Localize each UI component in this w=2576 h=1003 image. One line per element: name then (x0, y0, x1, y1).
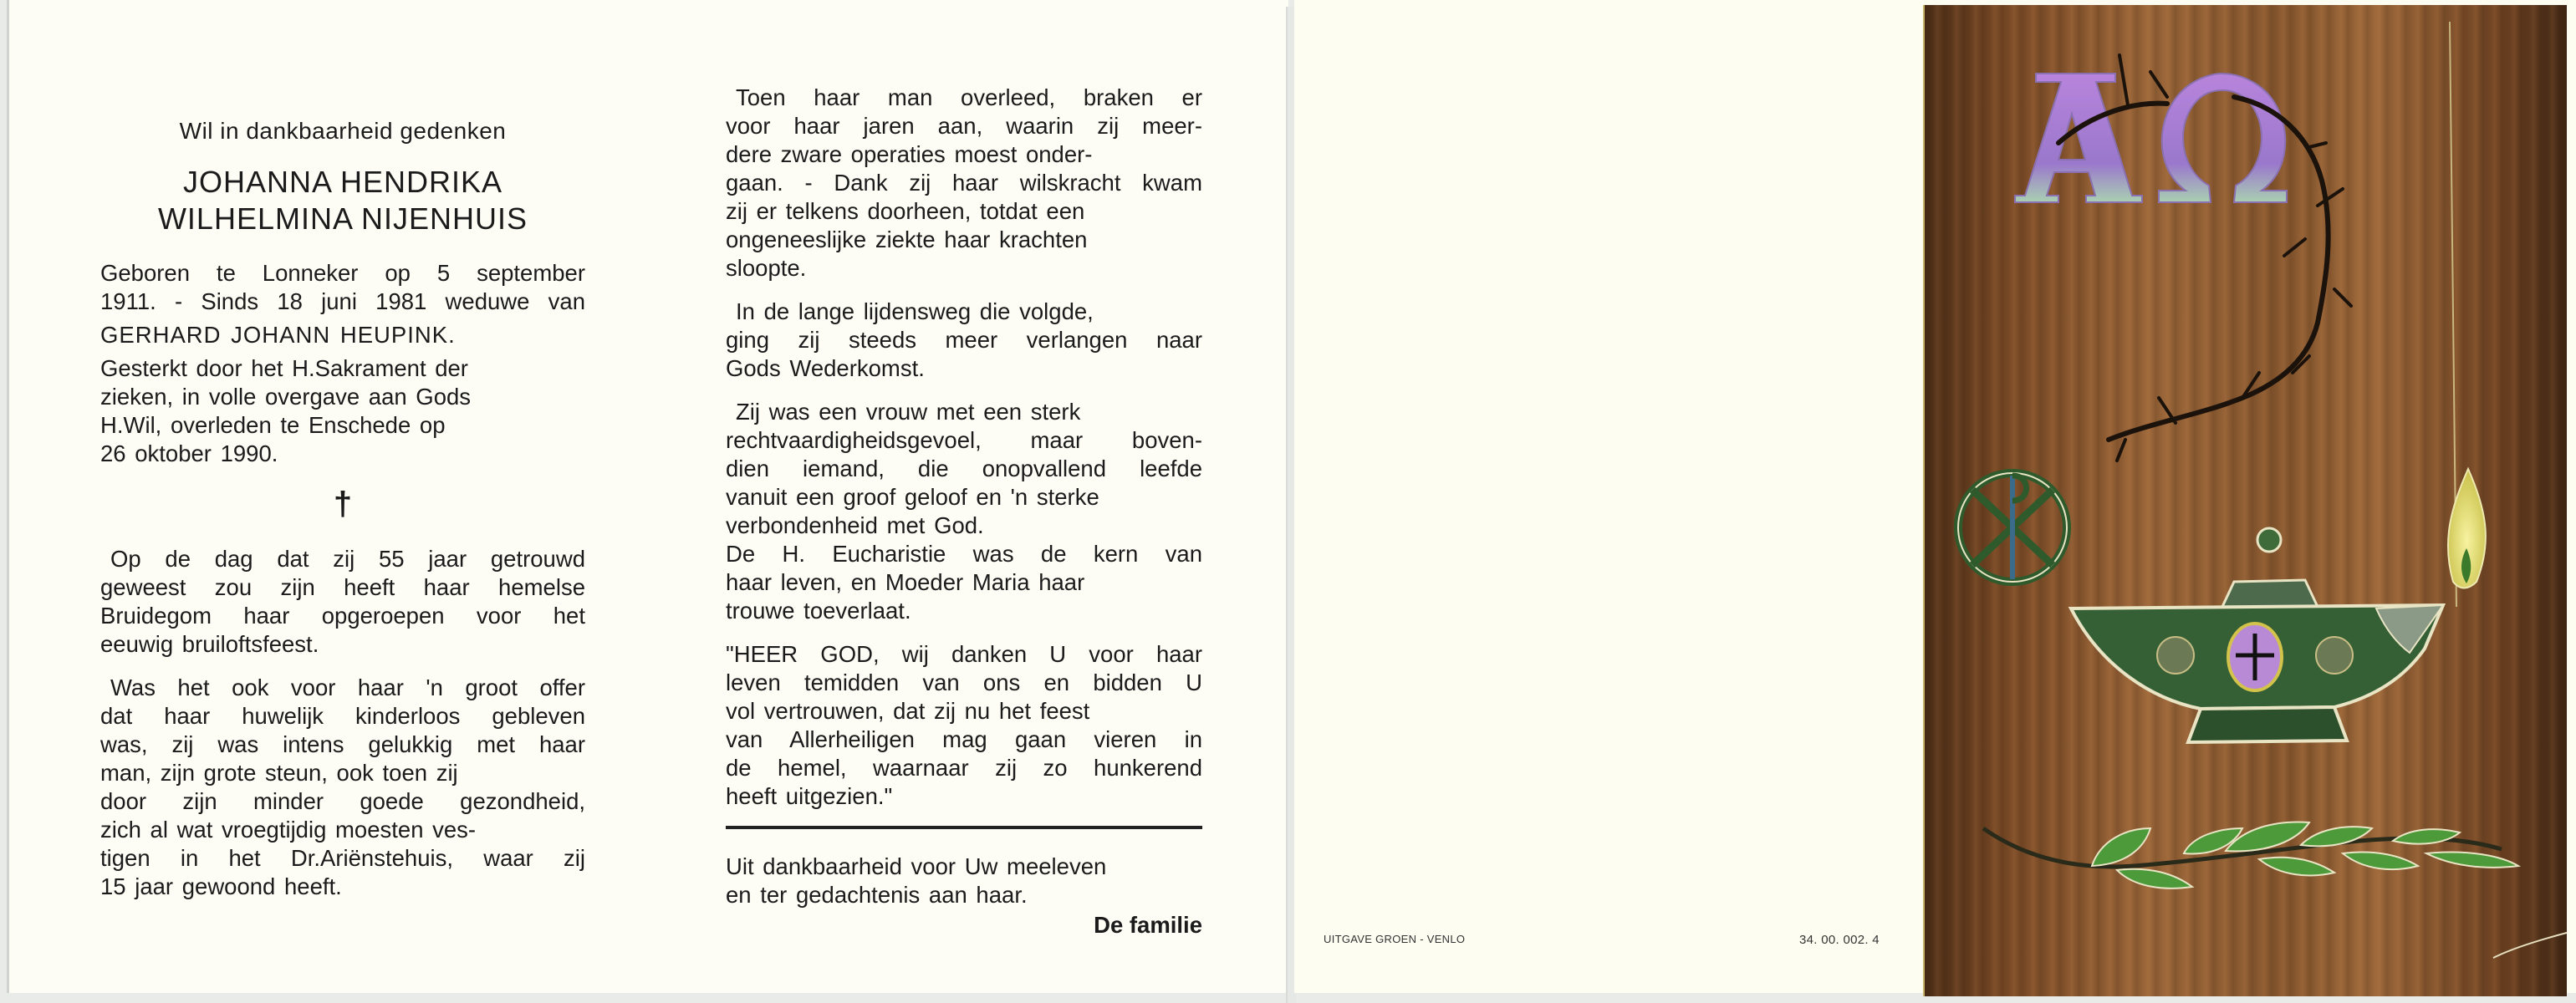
prayer-quote: "HEER GOD, wij danken U voor haar leven … (726, 640, 1202, 811)
text-line: dere zware operaties moest onder- (726, 140, 1202, 169)
oil-lamp-icon (2071, 528, 2443, 742)
text-line: voor haar jaren aan, waarin zij meer- (726, 112, 1202, 140)
birth-info: Geboren te Lonneker op 5 september 1911.… (100, 259, 585, 468)
text-line: was, zij was intens gelukkig met haar (100, 731, 585, 759)
text-line: vanuit een groof geloof en 'n sterke (726, 483, 1202, 512)
text-line: vol vertrouwen, dat zij nu het feest (726, 697, 1202, 726)
name-line: JOHANNA HENDRIKA (100, 164, 585, 201)
crown-of-thorns-icon (2058, 55, 2351, 461)
text-line: dat haar huwelijk kinderloos gebleven (100, 702, 585, 731)
flame-icon (2448, 469, 2486, 588)
text-line: 15 jaar gewoond heeft. (100, 873, 585, 901)
text-line: ging zij steeds meer verlangen naar (726, 326, 1202, 354)
text-line: en ter gedachtenis aan haar. (726, 881, 1202, 909)
text-line: zij er telkens doorheen, totdat een (726, 197, 1202, 226)
chi-rho-icon (1958, 473, 2067, 582)
text-line: "HEER GOD, wij danken U voor haar (726, 640, 1202, 669)
text-line: Uit dankbaarheid voor Uw meeleven (726, 853, 1202, 881)
text-line: Op de dag dat zij 55 jaar getrouwd (100, 545, 585, 573)
text-line: Toen haar man overleed, braken er (726, 84, 1202, 112)
text-line: H.Wil, overleden te Enschede op (100, 411, 585, 440)
family-signature: De familie (726, 911, 1202, 939)
text-line: Bruidegom haar opgeroepen voor het (100, 602, 585, 630)
text-line: trouwe toeverlaat. (726, 597, 1202, 625)
text-line: tigen in het Dr.Ariënstehuis, waar zij (100, 844, 585, 873)
text-line: de hemel, waarnaar zij zo hunkerend (726, 754, 1202, 782)
text-line: leven temidden van ons en bidden U (726, 669, 1202, 697)
paragraph-faith: Zij was een vrouw met een sterk rechtvaa… (726, 398, 1202, 625)
deceased-name: JOHANNA HENDRIKA WILHELMINA NIJENHUIS (100, 164, 585, 237)
olive-branch-icon (1983, 822, 2518, 888)
text-line: De H. Eucharistie was de kern van (726, 540, 1202, 568)
text-line: gaan. - Dank zij haar wilskracht kwam (726, 169, 1202, 197)
text-line: Was het ook voor haar 'n groot offer (100, 674, 585, 702)
text-line: 1911. - Sinds 18 juni 1981 weduwe van (100, 288, 585, 316)
paragraph-illness: Toen haar man overleed, braken er voor h… (726, 84, 1202, 283)
memorial-heading: Wil in dankbaarheid gedenken (100, 117, 585, 145)
paragraph-suffering: In de lange lijdensweg die volgde, ging … (726, 298, 1202, 383)
text-line: rechtvaardigheidsgevoel, maar boven- (726, 426, 1202, 455)
paragraph-marriage: Op de dag dat zij 55 jaar getrouwd gewee… (100, 545, 585, 659)
catalog-number: 34. 00. 002. 4 (1799, 933, 1880, 947)
text-line: van Allerheiligen mag gaan vieren in (726, 726, 1202, 754)
text-line: geweest zou zijn heeft haar hemelse (100, 573, 585, 602)
text-line: verbondenheid met God. (726, 512, 1202, 540)
text-line: In de lange lijdensweg die volgde, (726, 298, 1202, 326)
text-line: man, zijn grote steun, ook toen zij (100, 759, 585, 787)
text-line: eeuwig bruiloftsfeest. (100, 630, 585, 659)
text-line: haar leven, en Moeder Maria haar (726, 568, 1202, 597)
memorial-text-column-middle: Toen haar man overleed, braken er voor h… (726, 84, 1202, 939)
text-line: ongeneeslijke ziekte haar krachten (726, 226, 1202, 254)
alpha-icon (2015, 74, 2142, 202)
text-line: zieken, in volle overgave aan Gods (100, 383, 585, 411)
text-line: door zijn minder goede gezondheid, (100, 787, 585, 816)
text-line: Gesterkt door het H.Sakrament der (100, 354, 585, 383)
text-line: Geboren te Lonneker op 5 september (100, 259, 585, 288)
text-line: sloopte. (726, 254, 1202, 283)
divider-rule (726, 826, 1202, 829)
text-line: zich al wat vroegtijdig moesten ves- (100, 816, 585, 844)
crease-mark (2493, 933, 2567, 958)
text-line: Gods Wederkomst. (726, 354, 1202, 383)
front-cover-artwork (1923, 5, 2567, 996)
paragraph-life: Was het ook voor haar 'n groot offer dat… (100, 674, 585, 901)
text-line: Zij was een vrouw met een sterk (726, 398, 1202, 426)
publisher-imprint: UITGAVE GROEN - VENLO (1324, 933, 1465, 945)
memorial-text-column-left: Wil in dankbaarheid gedenken JOHANNA HEN… (100, 117, 585, 916)
death-date: 26 oktober 1990. (100, 440, 585, 468)
spouse-name: GERHARD JOHANN HEUPINK. (100, 321, 585, 349)
cross-icon: † (100, 483, 585, 525)
name-line: WILHELMINA NIJENHUIS (100, 201, 585, 237)
artwork-illustration (1925, 5, 2567, 996)
text-line: dien iemand, die onopvallend leefde (726, 455, 1202, 483)
thanks-note: Uit dankbaarheid voor Uw meeleven en ter… (726, 853, 1202, 909)
omega-icon (2159, 74, 2287, 202)
text-line: heeft uitgezien." (726, 782, 1202, 811)
